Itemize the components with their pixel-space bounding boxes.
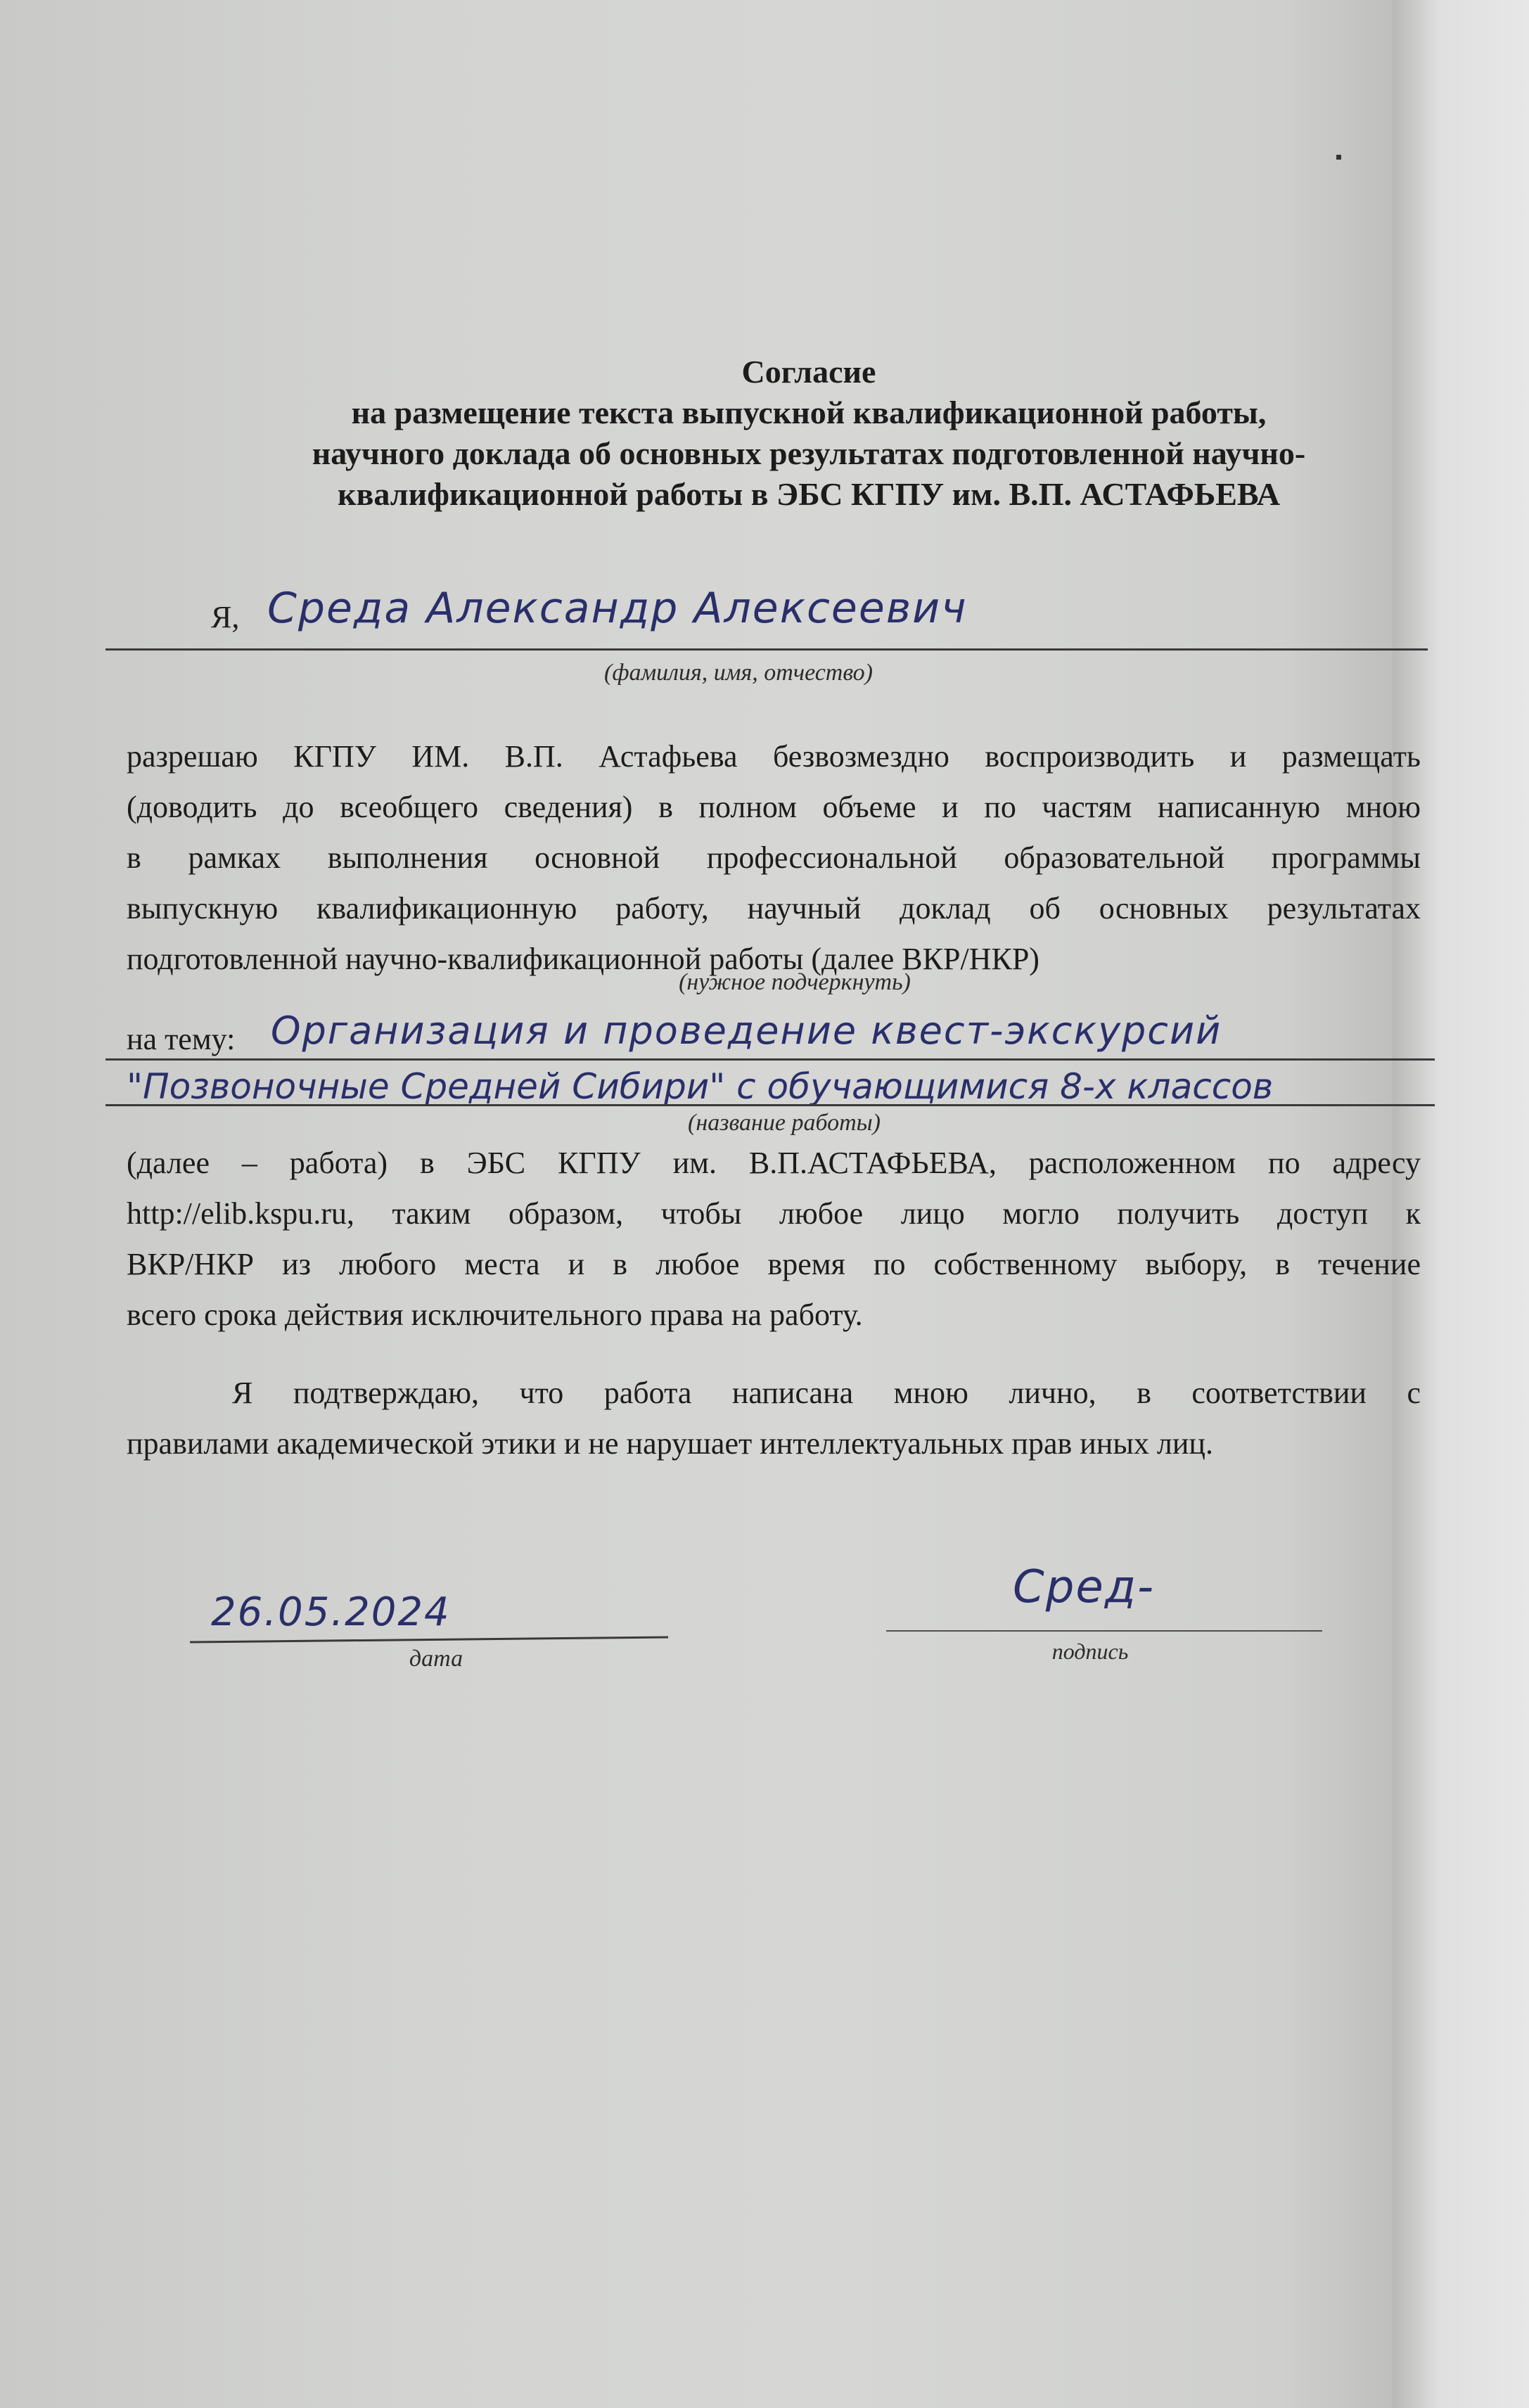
- name-underline: [105, 648, 1428, 651]
- paragraph-line: (далее – работа) в ЭБС КГПУ им. В.П.АСТА…: [127, 1138, 1421, 1189]
- paragraph-line: в рамках выполнения основной профессиона…: [127, 833, 1421, 883]
- signature-underline: [886, 1630, 1322, 1632]
- paragraph-line: всего срока действия исключительного пра…: [127, 1290, 1421, 1340]
- paragraph-line: разрешаю КГПУ ИМ. В.П. Астафьева безвозм…: [127, 731, 1421, 782]
- date-underline: [190, 1636, 668, 1643]
- topic-field: на тему: Организация и проведение квест-…: [105, 1006, 1435, 1146]
- paragraph-line: http://elib.kspu.ru, таким образом, чтоб…: [127, 1189, 1421, 1239]
- permission-paragraph: разрешаю КГПУ ИМ. В.П. Астафьева безвозм…: [127, 731, 1421, 985]
- date-field: 26.05.2024 дата: [183, 1575, 675, 1688]
- topic-handwritten-line-1: Организация и проведение квест-экскурсий: [271, 1008, 1222, 1053]
- paragraph-line: правилами академической этики и не наруш…: [127, 1418, 1421, 1469]
- access-paragraph: (далее – работа) в ЭБС КГПУ им. В.П.АСТА…: [127, 1138, 1421, 1340]
- title-line-1: Согласие: [211, 352, 1407, 392]
- name-prefix: Я,: [211, 599, 239, 635]
- topic-underline-2: [105, 1104, 1435, 1106]
- paragraph-line: Я подтверждаю, что работа написана мною …: [127, 1368, 1421, 1418]
- topic-prefix: на тему:: [127, 1021, 235, 1057]
- name-caption: (фамилия, имя, отчество): [527, 660, 949, 686]
- title-line-4: квалификационной работы в ЭБС КГПУ им. В…: [211, 474, 1407, 515]
- title-line-3: научного доклада об основных результатах…: [211, 433, 1407, 474]
- title-line-2: на размещение текста выпускной квалифика…: [211, 392, 1407, 433]
- document-title: Согласие на размещение текста выпускной …: [211, 352, 1407, 515]
- date-caption: дата: [394, 1646, 478, 1672]
- paragraph-line: ВКР/НКР из любого места и в любое время …: [127, 1239, 1421, 1290]
- ink-speck: [1336, 155, 1341, 160]
- confirmation-paragraph: Я подтверждаю, что работа написана мною …: [127, 1368, 1421, 1469]
- signature-field: Сред- подпись: [886, 1561, 1322, 1688]
- signature-handwritten: Сред-: [1013, 1561, 1155, 1613]
- topic-underline-1: [105, 1058, 1435, 1061]
- paragraph-line: выпускную квалификационную работу, научн…: [127, 883, 1421, 934]
- signature-caption: подпись: [1034, 1639, 1146, 1665]
- date-handwritten-value: 26.05.2024: [211, 1589, 451, 1635]
- name-handwritten-value: Среда Александр Алексеевич: [267, 584, 968, 633]
- underline-hint-caption: (нужное подчеркнуть): [598, 969, 992, 996]
- paragraph-line: (доводить до всеобщего сведения) в полно…: [127, 782, 1421, 833]
- topic-handwritten-line-2: "Позвоночные Средней Сибири" с обучающим…: [127, 1066, 1273, 1107]
- name-field: Я, Среда Александр Алексеевич (фамилия, …: [105, 584, 1435, 703]
- topic-caption: (название работы): [626, 1110, 942, 1136]
